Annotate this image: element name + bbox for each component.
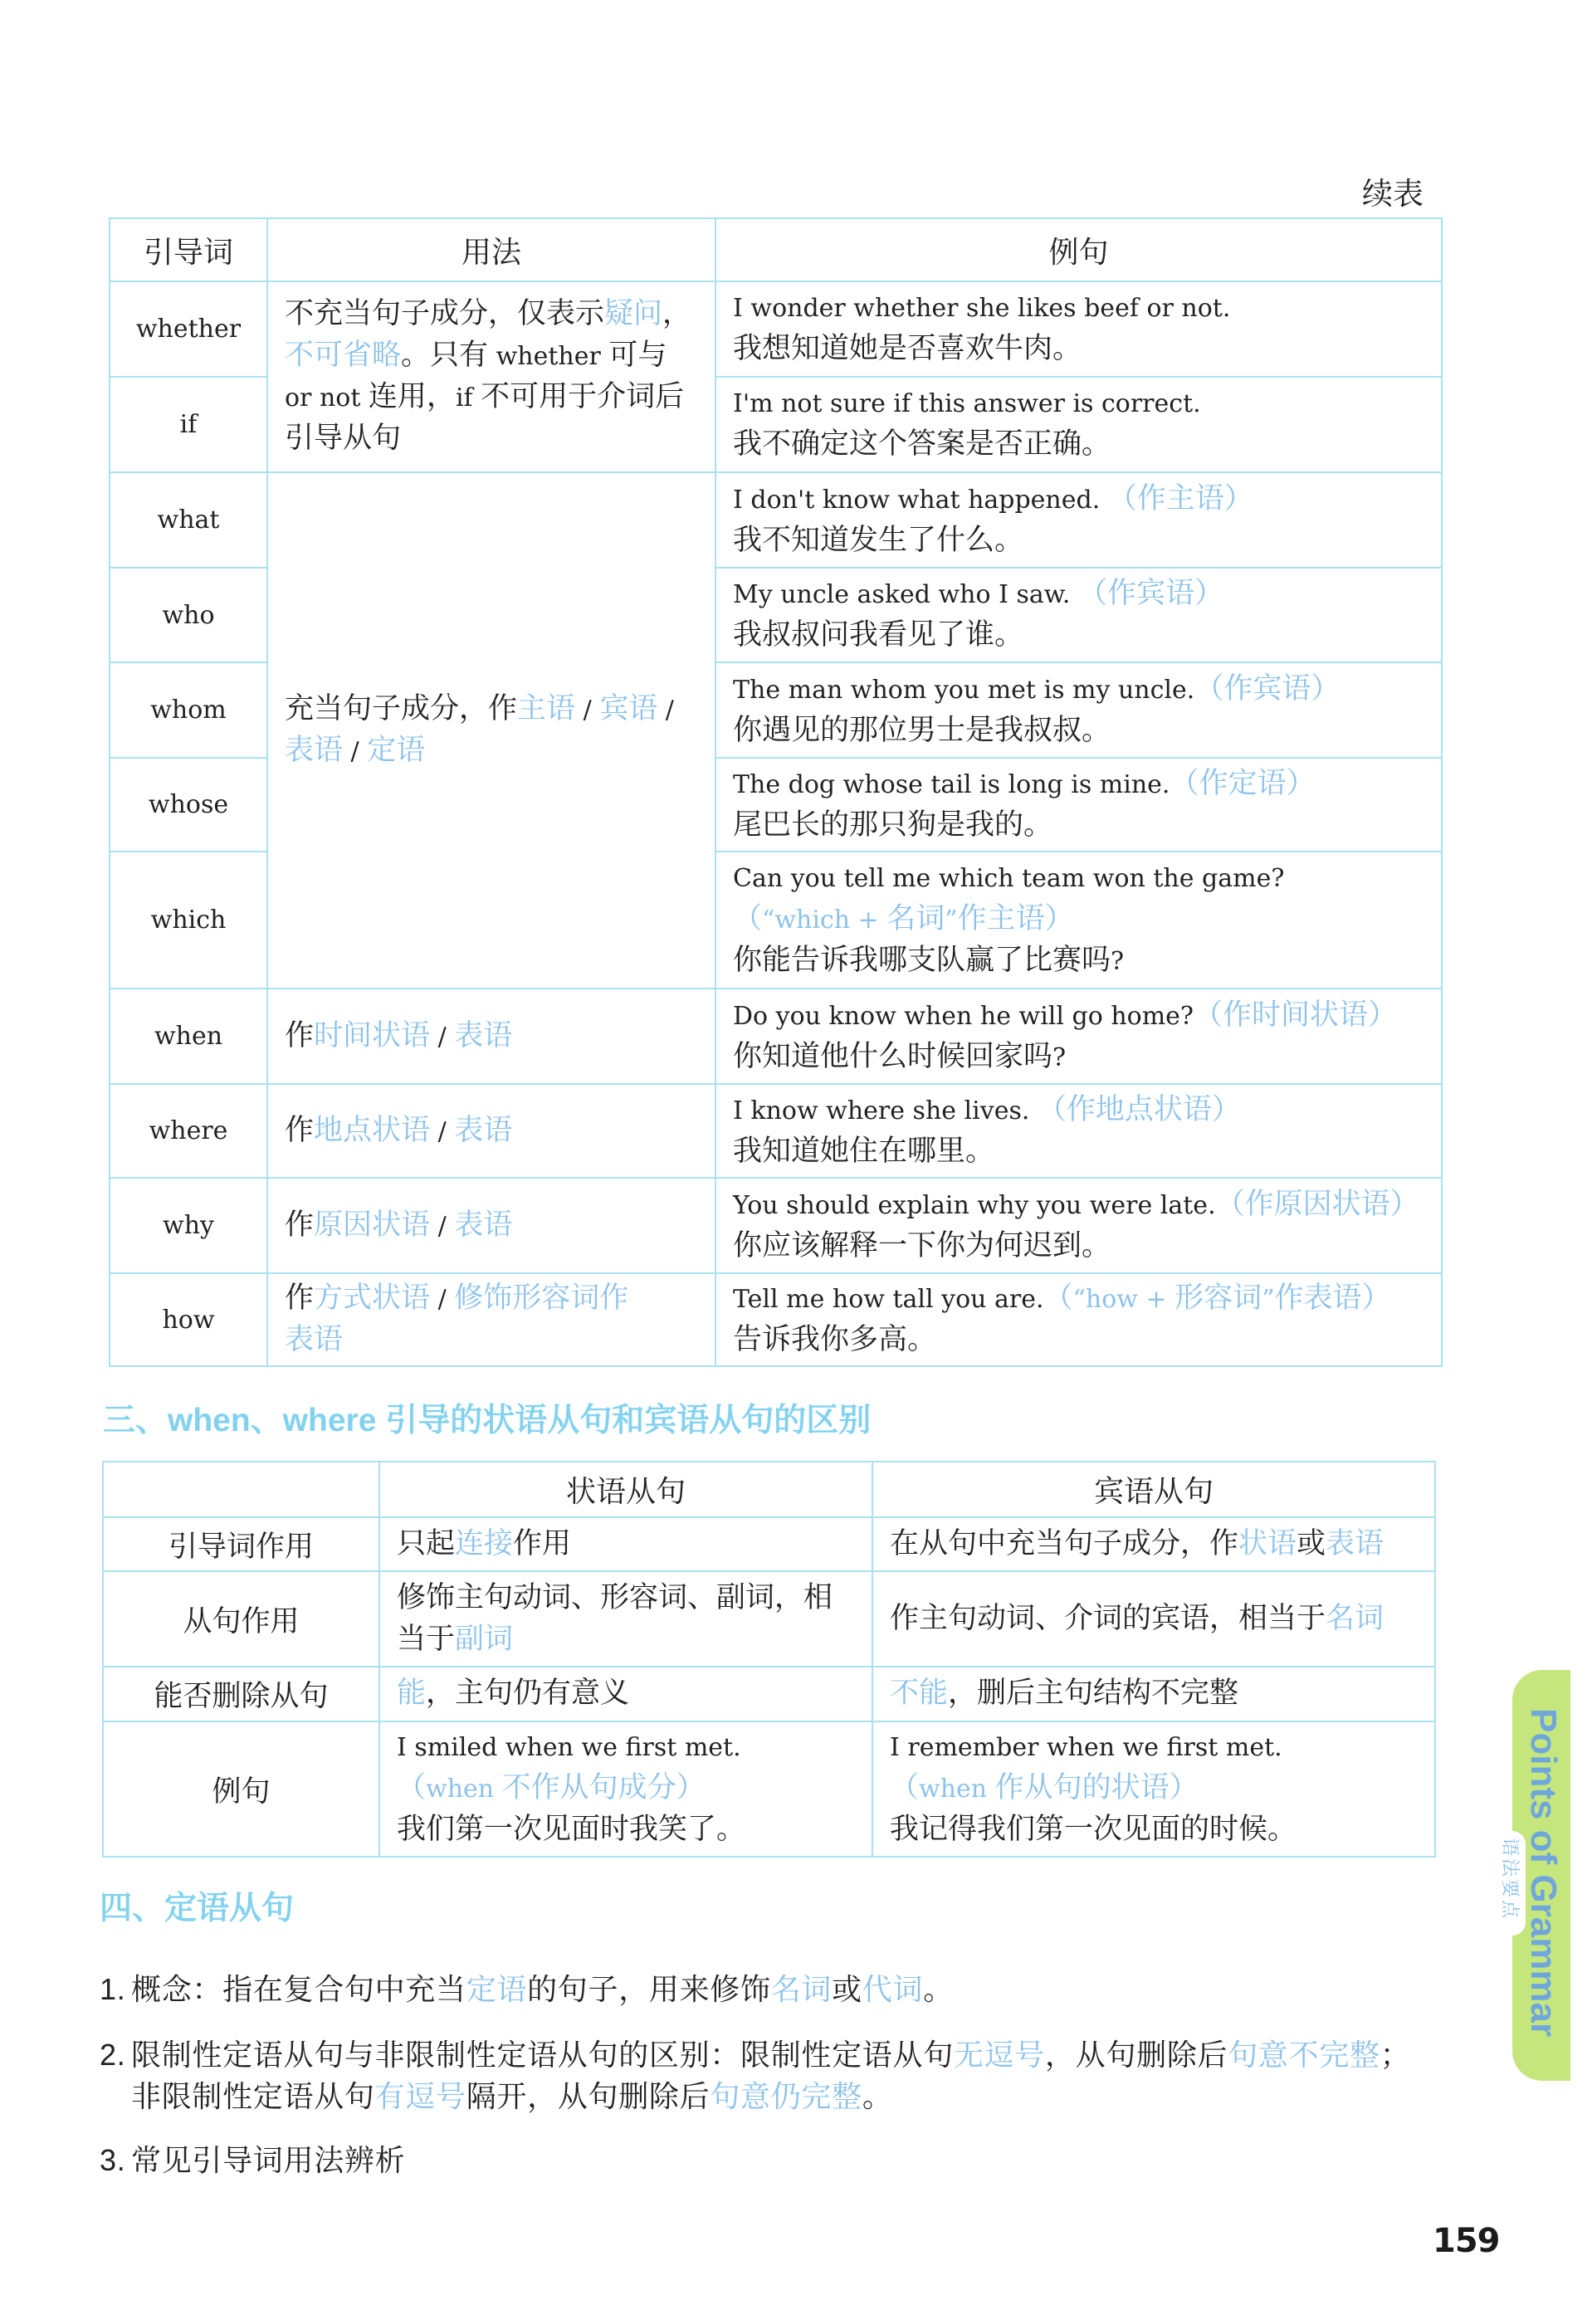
object-cell: 不能，删后主句结构不完整 <box>872 1667 1435 1721</box>
text-run: 表语 <box>454 1019 512 1052</box>
text-run: 作 <box>285 1208 314 1242</box>
text-line: 告诉我你多高。 <box>733 1320 1433 1361</box>
text-run: ，从句删除后 <box>1045 2038 1228 2072</box>
text-run: / <box>430 1117 454 1146</box>
highlighted-term: 代词 <box>862 1972 923 2006</box>
section-heading-4: 四、定语从句 <box>100 1889 294 1929</box>
list-item-text: 限制性定语从句与非限制性定语从句的区别：限制性定语从句无逗号，从句删除后句意不完… <box>131 2034 1461 2117</box>
text-run: 。 <box>923 1972 954 2006</box>
highlighted-term: 表语 <box>454 1023 512 1052</box>
plain-text: / <box>430 1117 454 1146</box>
conjunction-cell: how <box>110 1273 267 1366</box>
plain-text: / <box>657 696 674 725</box>
text-line: 作主句动词、介词的宾语，相当于名词 <box>890 1599 1426 1640</box>
text-line: 能，主句仍有意义 <box>397 1673 863 1715</box>
text-run: 名词 <box>771 1972 832 2006</box>
highlighted-term: 表语 <box>1326 1531 1384 1560</box>
text-run: My uncle asked who I saw. <box>733 580 1078 609</box>
plain-text: 或 <box>832 1972 862 2006</box>
text-line: 我记得我们第一次见面的时候。 <box>890 1809 1426 1851</box>
text-line: 充当句子成分，作主语 / 宾语 / <box>285 689 706 730</box>
text-run: （ <box>1044 1282 1073 1315</box>
usage-cell: 作原因状语 / 表语 <box>267 1178 715 1273</box>
highlighted-term: 主语 <box>517 696 575 725</box>
plain-text: The man whom you met is my uncle. <box>733 676 1194 705</box>
highlighted-term: 不可省略 <box>285 342 401 371</box>
text-run: （ <box>397 1771 426 1804</box>
text-run: 表语 <box>1326 1527 1384 1560</box>
highlighted-term: 表语 <box>285 737 343 766</box>
plain-text: or not 连用，if 不可用于介词后 <box>285 383 684 413</box>
text-line: 我们第一次见面时我笑了。 <box>397 1809 863 1851</box>
text-line: I know where she lives. （作地点状语） <box>733 1090 1433 1131</box>
usage-cell: 不充当句子成分，仅表示疑问，不可省略。只有 whether 可与or not 连… <box>267 281 715 472</box>
text-run: 只起 <box>397 1527 455 1560</box>
conjunction-cell: what <box>110 472 267 568</box>
text-run: 连用， <box>369 380 456 413</box>
text-run: 引导从句 <box>285 422 401 455</box>
text-run: 我想知道她是否喜欢牛肉。 <box>733 332 1082 365</box>
plain-text: Do you know when he will go home? <box>733 1002 1194 1031</box>
plain-text: 你应该解释一下你为何迟到。 <box>733 1233 1111 1262</box>
plain-text: 我记得我们第一次见面的时候。 <box>890 1816 1297 1845</box>
text-run: 我不确定这个答案是否正确。 <box>733 427 1111 461</box>
highlighted-term: （when 不作从句成分） <box>397 1775 706 1804</box>
example-cell: Do you know when he will go home?（作时间状语）… <box>715 989 1442 1084</box>
text-run: 作 <box>285 1282 314 1315</box>
highlighted-term: 副词 <box>455 1626 513 1655</box>
plain-text: 。 <box>862 2079 893 2113</box>
usage-cell: 作时间状语 / 表语 <box>267 989 715 1084</box>
example-cell: I don't know what happened. （作主语）我不知道发生了… <box>715 472 1442 568</box>
plain-text: ， <box>662 300 691 330</box>
row-label: 从句作用 <box>103 1571 379 1667</box>
text-run: 疑问 <box>604 297 662 330</box>
text-line: 引导从句 <box>285 418 706 460</box>
highlighted-term: 表语 <box>454 1117 512 1146</box>
text-run: 作 <box>285 1114 314 1147</box>
text-run: 我们第一次见面时我笑了。 <box>397 1813 745 1846</box>
text-line: 概念：指在复合句中充当定语的句子，用来修饰名词或代词。 <box>131 1969 1461 2010</box>
text-run: （作原因状语） <box>1216 1188 1419 1221</box>
text-run: 的句子，用来修饰 <box>527 1972 771 2006</box>
plain-text: I'm not sure if this answer is correct. <box>733 389 1201 418</box>
text-run: 表语 <box>454 1208 512 1242</box>
text-line: I don't know what happened. （作主语） <box>733 479 1433 520</box>
text-run: 作 <box>285 1019 314 1052</box>
text-line: 我叔叔问我看见了谁。 <box>733 615 1433 657</box>
highlighted-term: 有逗号 <box>375 2079 466 2113</box>
plain-text: 。只有 whether 可与 <box>401 342 667 371</box>
text-run: when <box>426 1775 502 1804</box>
text-run: or not <box>285 383 369 413</box>
plain-text: 非限制性定语从句 <box>131 2079 375 2113</box>
conjunction-cell: where <box>110 1084 267 1178</box>
text-run: / <box>430 1285 454 1314</box>
example-cell: The man whom you met is my uncle.（作宾语）你遇… <box>715 662 1442 758</box>
adverbial-cell: 只起连接作用 <box>379 1517 872 1571</box>
text-run: whether <box>488 342 608 371</box>
plain-text: 你遇见的那位男士是我叔叔。 <box>733 717 1111 746</box>
example-cell: You should explain why you were late.（作原… <box>715 1178 1442 1273</box>
text-run: 常见引导词用法辨析 <box>131 2143 405 2177</box>
text-line: 非限制性定语从句有逗号隔开，从句删除后句意仍完整。 <box>131 2076 1461 2117</box>
plain-text: ，从句删除后 <box>1045 2038 1228 2072</box>
plain-text: 我不确定这个答案是否正确。 <box>733 431 1111 460</box>
conjunction-cell: if <box>110 377 267 472</box>
highlighted-term: （when 作从句的状语） <box>890 1775 1199 1804</box>
text-run: 概念：指在复合句中充当 <box>131 1972 466 2006</box>
text-line: My uncle asked who I saw. （作宾语） <box>733 574 1433 615</box>
text-run: 。只有 <box>401 339 488 372</box>
plain-text: My uncle asked who I saw. <box>733 580 1078 609</box>
example-cell: I'm not sure if this answer is correct.我… <box>715 377 1442 472</box>
text-run: 宾语 <box>599 692 657 725</box>
text-line: 当于副词 <box>397 1619 863 1661</box>
highlighted-term: 疑问 <box>604 300 662 330</box>
plain-text: 在从句中充当句子成分，作 <box>890 1531 1238 1560</box>
text-run: ? <box>1111 947 1124 976</box>
text-run: / <box>343 737 367 766</box>
clause-comparison-table: 状语从句 宾语从句 引导词作用 只起连接作用 在从句中充当句子成分，作状语或表语… <box>102 1461 1436 1858</box>
side-tab-title: Points of Grammar <box>1524 1708 1562 2037</box>
text-run: I smiled when we first met. <box>397 1733 741 1762</box>
highlighted-term: 连接 <box>455 1531 513 1560</box>
table-row-why: why 作原因状语 / 表语 You should explain why yo… <box>110 1178 1442 1273</box>
plain-text: / <box>430 1023 454 1052</box>
plain-text: 引导从句 <box>285 425 401 454</box>
plain-text: 你知道他什么时候回家吗? <box>733 1043 1066 1072</box>
text-run: 告诉我你多高。 <box>733 1323 936 1356</box>
conjunction-cell: who <box>110 568 267 662</box>
conjunction-cell: why <box>110 1178 267 1273</box>
text-line: I wonder whether she likes beef or not. <box>733 289 1433 329</box>
text-run: （ <box>733 902 762 935</box>
text-line: 你能告诉我哪支队赢了比赛吗? <box>733 940 1433 982</box>
text-run: 时间状语 <box>314 1019 430 1052</box>
table-row-how: how 作方式状语 / 修饰形容词作表语 Tell me how tall yo… <box>110 1273 1442 1366</box>
plain-text: 你能告诉我哪支队赢了比赛吗? <box>733 947 1124 976</box>
text-line: I smiled when we first met. <box>397 1728 863 1768</box>
text-run: 方式状语 <box>314 1282 430 1315</box>
adverbial-cell: I smiled when we first met.（when 不作从句成分）… <box>379 1721 872 1857</box>
table-row-whether: whether 不充当句子成分，仅表示疑问，不可省略。只有 whether 可与… <box>110 281 1442 377</box>
text-run: 作从句的状语） <box>995 1771 1199 1804</box>
conjunction-cell: when <box>110 989 267 1084</box>
plain-text: ，删后主句结构不完整 <box>948 1680 1238 1709</box>
text-run: I don't know what happened. <box>733 486 1108 515</box>
text-run: 尾巴长的那只狗是我的。 <box>733 808 1052 842</box>
list-item-text: 概念：指在复合句中充当定语的句子，用来修饰名词或代词。 <box>131 1969 1461 2010</box>
conjunction-cell: whose <box>110 758 267 852</box>
text-run: 原因状语 <box>314 1208 430 1242</box>
text-line: or not 连用，if 不可用于介词后 <box>285 377 706 418</box>
text-line: 你遇见的那位男士是我叔叔。 <box>733 710 1433 752</box>
text-run: （作地点状语） <box>1038 1093 1241 1126</box>
text-line: 我不确定这个答案是否正确。 <box>733 424 1433 466</box>
highlighted-term: 修饰形容词作 <box>454 1285 628 1314</box>
text-run: 你能告诉我哪支队赢了比赛吗 <box>733 944 1111 977</box>
text-run: / <box>430 1212 454 1241</box>
text-run: 我知道她住在哪里。 <box>733 1135 994 1168</box>
text-run: 表语 <box>285 1323 343 1356</box>
text-line: 常见引导词用法辨析 <box>131 2140 1461 2181</box>
text-run: 表语 <box>454 1114 512 1147</box>
text-run: 。 <box>862 2079 893 2113</box>
text-run: 你遇见的那位男士是我叔叔。 <box>733 714 1111 747</box>
text-run: 我不知道发生了什么。 <box>733 524 1023 557</box>
plain-text: 不充当句子成分，仅表示 <box>285 300 604 330</box>
text-run: 名词 <box>886 902 945 935</box>
text-run: 你应该解释一下你为何迟到。 <box>733 1229 1111 1262</box>
text-run: （作主语） <box>1108 482 1253 515</box>
text-run: 作表语） <box>1275 1282 1391 1315</box>
text-run: I'm not sure if this answer is correct. <box>733 389 1201 418</box>
plain-text: You should explain why you were late. <box>733 1191 1216 1220</box>
text-run: The dog whose tail is long is mine. <box>733 770 1170 799</box>
highlighted-term: 宾语 <box>599 696 657 725</box>
plain-text: 作主句动词、介词的宾语，相当于 <box>890 1605 1326 1634</box>
usage-cell: 作地点状语 / 表语 <box>267 1084 715 1178</box>
list-item-common-conjunctions: 3. 常见引导词用法辨析 <box>100 2140 1461 2181</box>
text-run: 不能 <box>890 1677 948 1710</box>
text-run: ； <box>1380 2038 1411 2072</box>
highlighted-term: 定语 <box>367 737 425 766</box>
example-cell: I wonder whether she likes beef or not.我… <box>715 281 1442 377</box>
header-usage: 用法 <box>267 218 715 281</box>
text-run: I remember when we first met. <box>890 1733 1282 1762</box>
text-run: 作用 <box>513 1527 571 1560</box>
text-run: / <box>657 696 674 725</box>
text-run: 限制性定语从句与非限制性定语从句的区别：限制性定语从句 <box>131 2038 954 2072</box>
text-run: 隔开，从句删除后 <box>466 2079 711 2113</box>
adverbial-cell: 修饰主句动词、形容词、副词，相当于副词 <box>379 1571 872 1667</box>
text-run: 形容词 <box>1174 1282 1262 1315</box>
table-row-when: when 作时间状语 / 表语 Do you know when he will… <box>110 989 1442 1084</box>
plain-text: 我们第一次见面时我笑了。 <box>397 1816 745 1845</box>
highlighted-term: （作时间状语） <box>1194 1002 1397 1031</box>
object-cell: 在从句中充当句子成分，作状语或表语 <box>872 1517 1435 1571</box>
text-line: 表语 / 定语 <box>285 730 706 772</box>
text-run: if <box>456 383 481 413</box>
text-run: 副词 <box>455 1623 513 1656</box>
continued-table-label: 续表 <box>1362 176 1424 212</box>
table-row-deletable: 能否删除从句 能，主句仍有意义 不能，删后主句结构不完整 <box>103 1667 1435 1721</box>
plain-text: I remember when we first met. <box>890 1733 1282 1762</box>
list-number: 1. <box>100 1969 125 2010</box>
plain-text: 尾巴长的那只狗是我的。 <box>733 812 1052 841</box>
header-object-clause: 宾语从句 <box>872 1462 1435 1517</box>
plain-text: I know where she lives. <box>733 1096 1038 1125</box>
plain-text: I wonder whether she likes beef or not. <box>733 294 1230 323</box>
text-run: 地点状语 <box>314 1114 430 1147</box>
highlighted-term: （作宾语） <box>1194 676 1340 705</box>
table-header-row: 引导词 用法 例句 <box>110 218 1442 281</box>
plain-text: The dog whose tail is long is mine. <box>733 770 1170 799</box>
table-row-what: what 充当句子成分，作主语 / 宾语 /表语 / 定语 I don't kn… <box>110 472 1442 568</box>
highlighted-term: 不能 <box>890 1680 948 1709</box>
plain-text: 只起 <box>397 1531 455 1560</box>
plain-text: 我想知道她是否喜欢牛肉。 <box>733 335 1082 364</box>
page-number: 159 <box>1433 2221 1500 2261</box>
text-run: ” <box>945 906 957 935</box>
text-run: I wonder whether she likes beef or not. <box>733 294 1230 323</box>
text-line: （when 不作从句成分） <box>397 1768 863 1809</box>
text-line: The man whom you met is my uncle.（作宾语） <box>733 669 1433 710</box>
text-run: / <box>430 1023 454 1052</box>
header-example: 例句 <box>715 218 1442 281</box>
usage-cell: 充当句子成分，作主语 / 宾语 /表语 / 定语 <box>267 472 715 989</box>
plain-text: Can you tell me which team won the game? <box>733 864 1284 893</box>
text-run: （作宾语） <box>1194 672 1340 705</box>
conjunction-usage-table: 引导词 用法 例句 whether 不充当句子成分，仅表示疑问，不可省略。只有 … <box>109 217 1443 1367</box>
text-line: 不充当句子成分，仅表示疑问， <box>285 294 706 335</box>
highlighted-term: 句意仍完整 <box>710 2079 862 2113</box>
text-run: 可与 <box>608 339 667 372</box>
list-number: 2. <box>100 2034 125 2076</box>
highlighted-term: 表语 <box>285 1326 343 1355</box>
text-line: The dog whose tail is long is mine.（作定语） <box>733 764 1433 805</box>
plain-text: 我不知道发生了什么。 <box>733 527 1023 556</box>
list-item-concept: 1. 概念：指在复合句中充当定语的句子，用来修饰名词或代词。 <box>100 1969 1461 2010</box>
text-run: ? <box>1052 1043 1066 1072</box>
text-run: 在从句中充当句子成分，作 <box>890 1527 1238 1560</box>
example-cell: My uncle asked who I saw. （作宾语）我叔叔问我看见了谁… <box>715 568 1442 662</box>
plain-text: 作 <box>285 1212 314 1241</box>
object-cell: I remember when we first met.（when 作从句的状… <box>872 1721 1435 1857</box>
text-run: 表语 <box>285 734 343 767</box>
example-cell: I know where she lives. （作地点状语）我知道她住在哪里。 <box>715 1084 1442 1178</box>
highlighted-term: （作宾语） <box>1078 580 1223 609</box>
highlighted-term: 定语 <box>466 1972 527 2006</box>
text-run: 修饰形容词作 <box>454 1282 628 1315</box>
plain-text: 作 <box>285 1285 314 1314</box>
section-heading-3: 三、when、where 引导的状语从句和宾语从句的区别 <box>103 1401 871 1441</box>
text-run: （作时间状语） <box>1194 998 1397 1032</box>
text-run: 无逗号 <box>954 2038 1045 2072</box>
list-item-text: 常见引导词用法辨析 <box>131 2140 1461 2181</box>
plain-text: 我叔叔问我看见了谁。 <box>733 622 1023 651</box>
text-line: 作时间状语 / 表语 <box>285 1016 706 1057</box>
highlighted-term: 能 <box>397 1680 426 1709</box>
usage-cell: 作方式状语 / 修饰形容词作表语 <box>267 1273 715 1366</box>
list-item-restrictive-difference: 2. 限制性定语从句与非限制性定语从句的区别：限制性定语从句无逗号，从句删除后句… <box>100 2034 1461 2117</box>
header-adverbial-clause: 状语从句 <box>379 1462 872 1517</box>
text-run: 能 <box>397 1677 426 1710</box>
row-label: 例句 <box>103 1721 379 1857</box>
text-line: 不可省略。只有 whether 可与 <box>285 335 706 377</box>
text-run: “which + <box>762 906 886 935</box>
plain-text: 告诉我你多高。 <box>733 1326 936 1355</box>
text-run: 当于 <box>397 1623 455 1656</box>
highlighted-term: 表语 <box>454 1212 512 1241</box>
plain-text: 限制性定语从句与非限制性定语从句的区别：限制性定语从句 <box>131 2038 954 2072</box>
highlighted-term: （作定语） <box>1170 770 1315 799</box>
plain-text: ； <box>1380 2038 1411 2072</box>
highlighted-term: 名词 <box>771 1972 832 2006</box>
row-label: 引导词作用 <box>103 1517 379 1571</box>
plain-text: / <box>575 696 599 725</box>
plain-text: ，主句仍有意义 <box>426 1680 629 1709</box>
highlighted-term: 原因状语 <box>314 1212 430 1241</box>
text-line: Can you tell me which team won the game? <box>733 859 1433 899</box>
text-line: 在从句中充当句子成分，作状语或表语 <box>890 1524 1426 1565</box>
plain-text: / <box>430 1212 454 1241</box>
plain-text: 隔开，从句删除后 <box>466 2079 711 2113</box>
highlighted-term: 地点状语 <box>314 1117 430 1146</box>
text-line: （when 作从句的状语） <box>890 1768 1426 1809</box>
plain-text: 修饰主句动词、形容词、副词，相 <box>397 1584 833 1614</box>
table-row-examples: 例句 I smiled when we first met.（when 不作从句… <box>103 1721 1435 1857</box>
plain-text: 。 <box>923 1972 954 2006</box>
text-run: Can you tell me which team won the game? <box>733 864 1284 893</box>
header-conjunction: 引导词 <box>110 218 267 281</box>
highlighted-term: 时间状语 <box>314 1023 430 1052</box>
text-line: 你知道他什么时候回家吗? <box>733 1037 1433 1078</box>
text-run: 定语 <box>466 1972 527 2006</box>
text-run: 代词 <box>862 1972 923 2006</box>
plain-text: / <box>430 1285 454 1314</box>
text-run: 不可省略 <box>285 339 401 372</box>
text-line: 表语 <box>285 1320 706 1361</box>
side-tab-notch: 语法要点 <box>1494 1831 1526 1936</box>
highlighted-term: （“which + 名词”作主语） <box>733 906 1074 935</box>
plain-text: 作用 <box>513 1531 571 1560</box>
text-run: 主语 <box>517 692 575 725</box>
conjunction-cell: which <box>110 852 267 989</box>
list-number: 3. <box>100 2140 125 2181</box>
text-run: when <box>919 1775 995 1804</box>
text-line: 作原因状语 / 表语 <box>285 1205 706 1247</box>
plain-text: 充当句子成分，作 <box>285 696 517 725</box>
text-line: 尾巴长的那只狗是我的。 <box>733 805 1433 847</box>
text-run: （作宾语） <box>1078 577 1223 610</box>
text-run: 句意仍完整 <box>710 2079 862 2113</box>
example-cell: Can you tell me which team won the game?… <box>715 852 1442 989</box>
text-run: 作主句动词、介词的宾语，相当于 <box>890 1602 1326 1635</box>
conjunction-cell: whether <box>110 281 267 377</box>
text-run: ， <box>662 297 691 330</box>
highlighted-term: （作地点状语） <box>1038 1096 1241 1125</box>
text-line: 只起连接作用 <box>397 1524 863 1565</box>
text-run: Do you know when he will go home? <box>733 1002 1194 1031</box>
text-run: 或 <box>1297 1527 1326 1560</box>
text-line: 修饰主句动词、形容词、副词，相 <box>397 1578 863 1619</box>
plain-text: 常见引导词用法辨析 <box>131 2143 405 2177</box>
text-run: 或 <box>832 1972 862 2006</box>
plain-text: 当于 <box>397 1626 455 1655</box>
text-run: ，主句仍有意义 <box>426 1677 629 1710</box>
plain-text: / <box>343 737 367 766</box>
header-empty <box>103 1462 379 1517</box>
plain-text: 概念：指在复合句中充当 <box>131 1972 466 2006</box>
conjunction-cell: whom <box>110 662 267 758</box>
plain-text: 作 <box>285 1023 314 1052</box>
text-run: 不充当句子成分，仅表示 <box>285 297 604 330</box>
text-run: You should explain why you were late. <box>733 1191 1216 1220</box>
text-line: 你应该解释一下你为何迟到。 <box>733 1226 1433 1267</box>
table-header-row: 状语从句 宾语从句 <box>103 1462 1435 1517</box>
text-run: （作定语） <box>1170 767 1315 800</box>
text-run: 连接 <box>455 1527 513 1560</box>
table-row-clause-role: 从句作用 修饰主句动词、形容词、副词，相当于副词 作主句动词、介词的宾语，相当于… <box>103 1571 1435 1667</box>
plain-text: 的句子，用来修饰 <box>527 1972 771 2006</box>
example-cell: Tell me how tall you are.（“how + 形容词”作表语… <box>715 1273 1442 1366</box>
text-line: You should explain why you were late.（作原… <box>733 1184 1433 1226</box>
table-row-conjunction-role: 引导词作用 只起连接作用 在从句中充当句子成分，作状语或表语 <box>103 1517 1435 1571</box>
text-line: 我想知道她是否喜欢牛肉。 <box>733 329 1433 370</box>
highlighted-term: （作原因状语） <box>1216 1191 1419 1220</box>
